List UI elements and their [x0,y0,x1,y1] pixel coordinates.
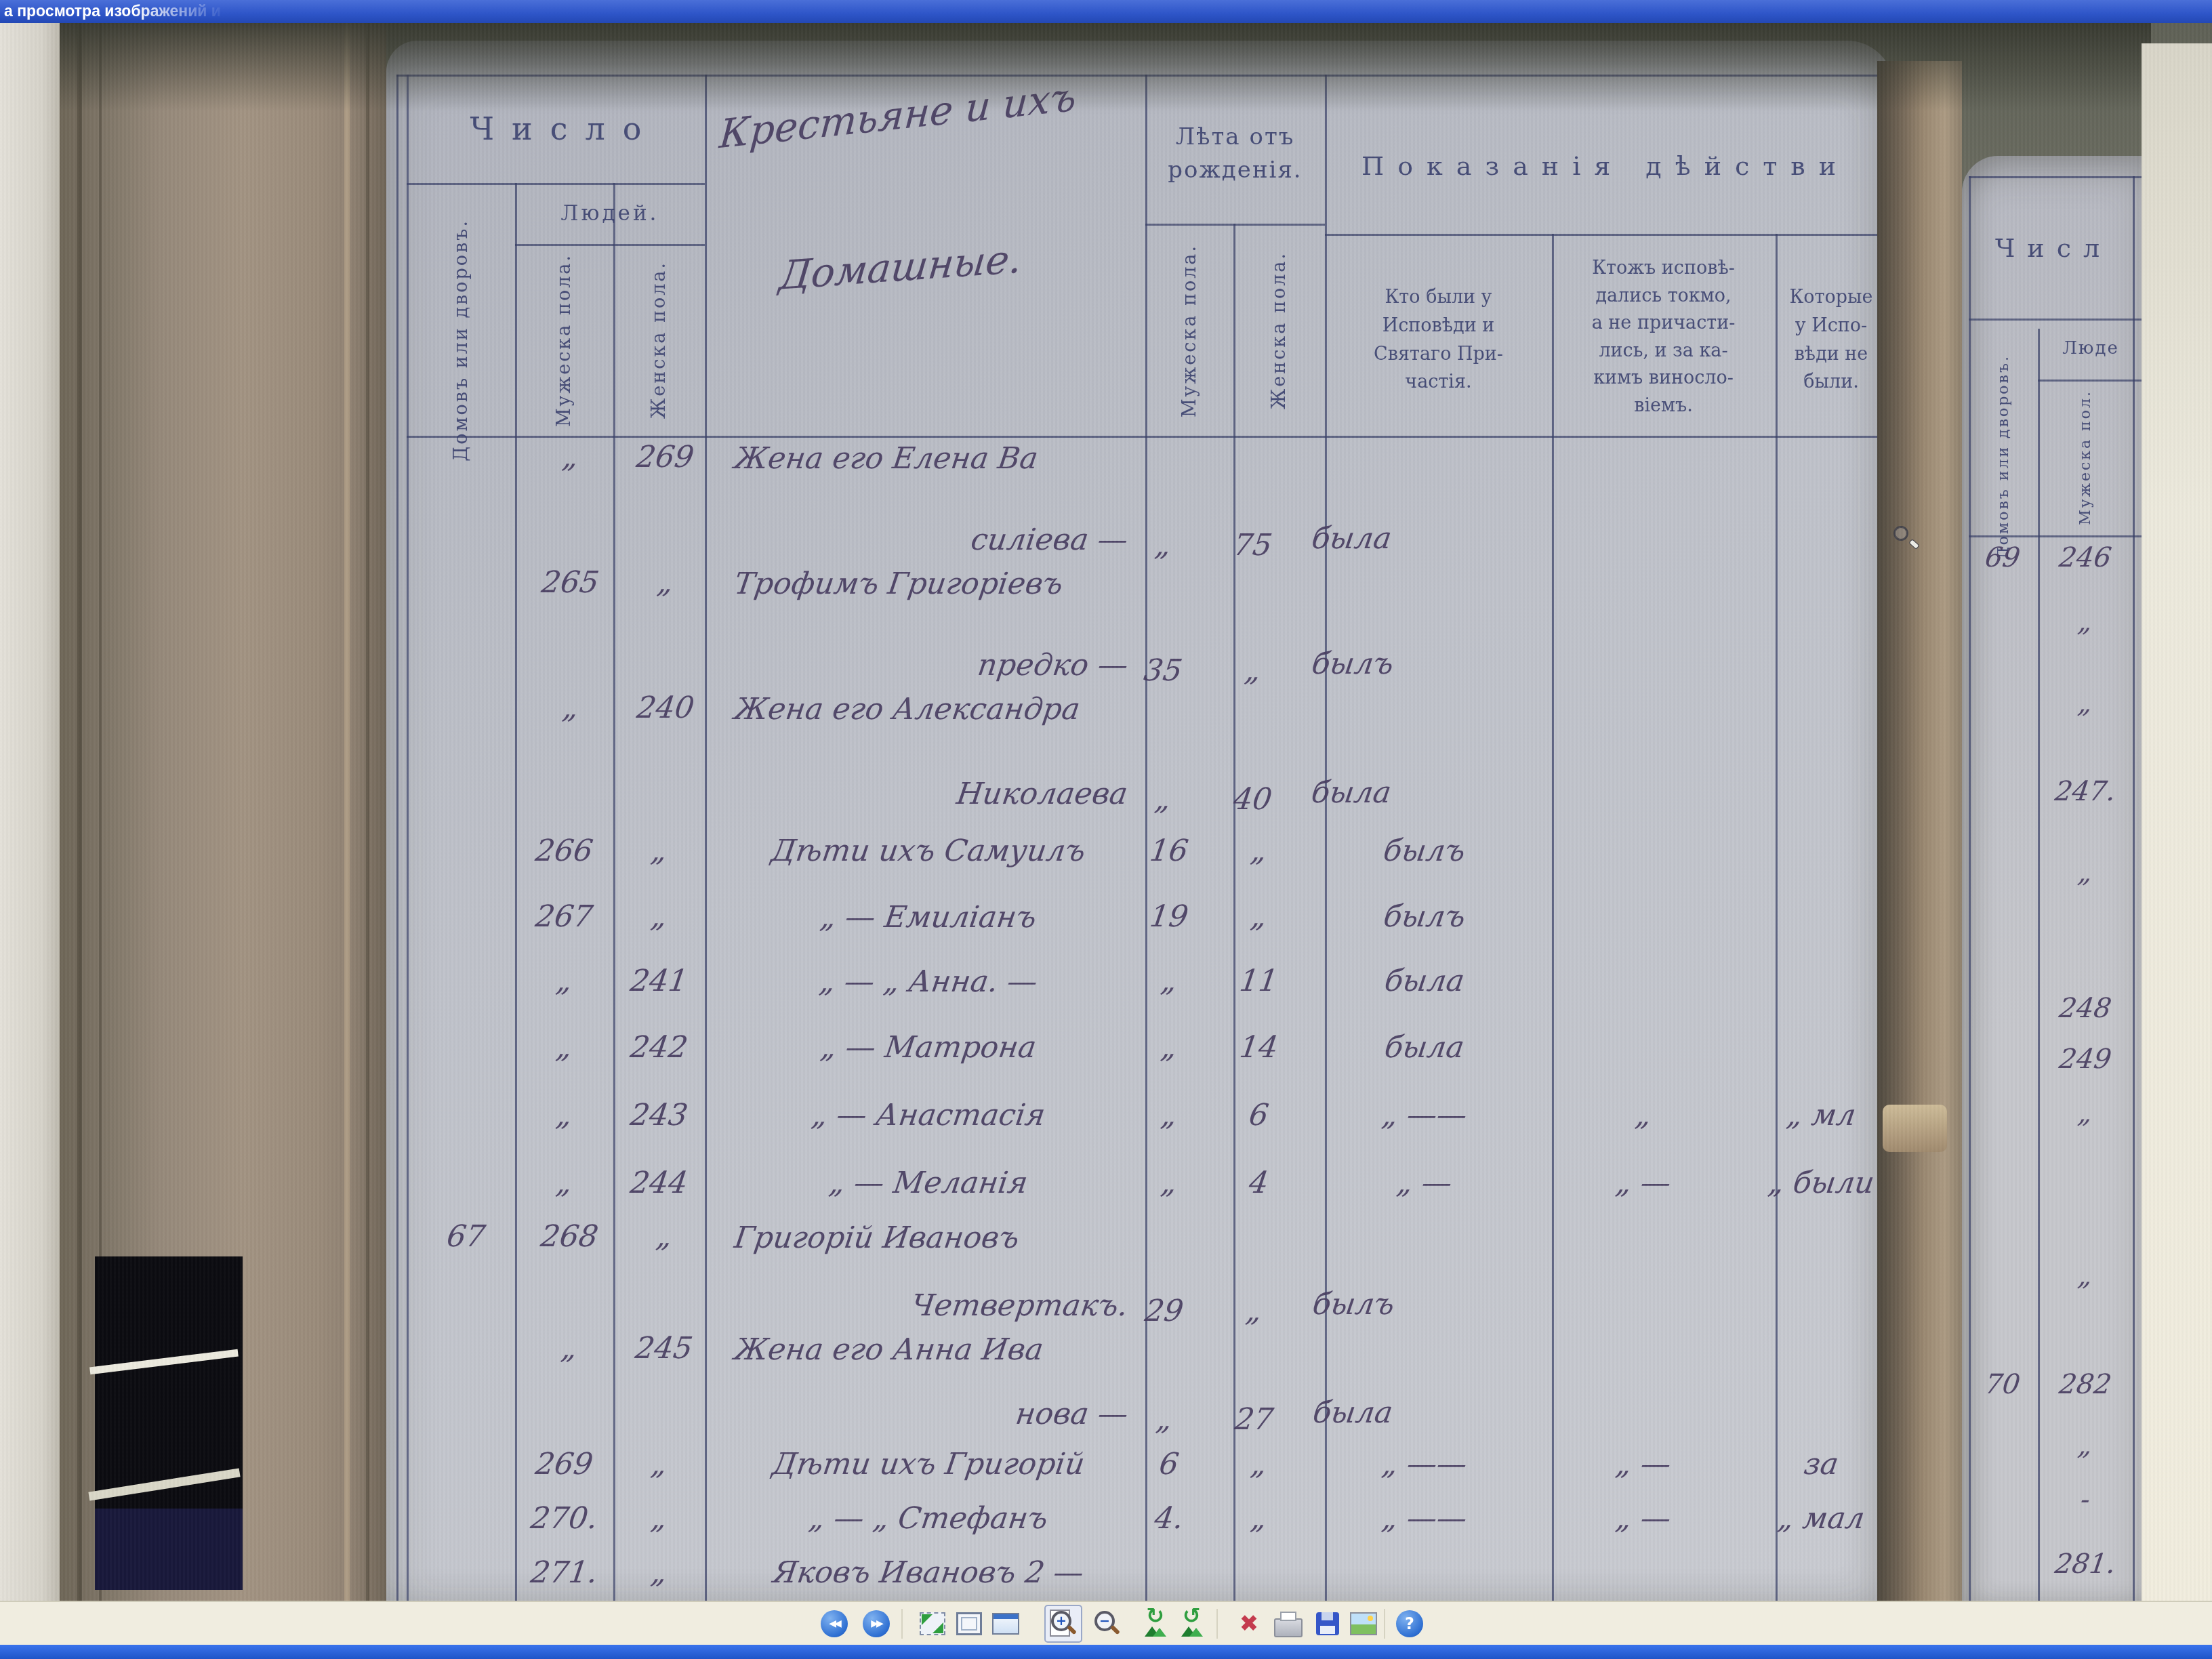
row-confessed-only-note [1527,949,1759,1013]
book-gutter [1877,61,1962,1601]
row-household-number [407,1328,523,1439]
row-confessed-only-note: „ — [1527,1149,1760,1216]
row-confession-status: „ —— [1304,1491,1535,1545]
right-row-male-number: „ [2036,1430,2135,1461]
right-header-number: Числ [1969,188,2138,307]
row-age-female: „ [1208,884,1309,949]
right-row-male-number: 248 [2036,993,2135,1024]
delete-icon: ✖ [1240,1610,1259,1637]
row-female-number: 240 [604,688,714,819]
header-number: Число [407,78,705,180]
row-absent-note: „ были [1750,1149,1887,1216]
toolbar-separator [901,1609,903,1639]
row-male-number: „ [510,1149,618,1216]
row-confession-status: была [1299,688,1541,817]
right-page-row: „ [1962,857,2144,915]
row-name: „ — „ Анна. — [712,949,1145,1013]
edit-button[interactable] [1347,1607,1380,1640]
row-household-number [407,1149,520,1216]
row-confession-status: былъ [1300,1216,1539,1328]
table-row: „ 242 „ — Матрона „ 14 была [407,1013,1887,1081]
slideshow-icon [992,1613,1019,1635]
row-age-male: „ [1120,1081,1218,1149]
header-age-male: Мужеска пола. [1145,226,1233,435]
row-male-number: 268 [507,1216,621,1331]
row-age-female: 14 [1208,1013,1309,1081]
row-male-number: „ [510,949,617,1013]
row-name: „ — Емиліанъ [712,884,1145,949]
table-row: 270. „ „ — „ Стефанъ 4. „ „ —— „ — „ мал [407,1491,1887,1545]
save-button[interactable] [1311,1607,1344,1640]
names-column-title-line2: Домашные. [777,235,1024,299]
row-age-male: 29 [1117,1216,1222,1335]
row-absent-note [1750,884,1887,949]
row-age-male: „ [1120,1013,1218,1081]
row-absent-note [1750,817,1887,884]
row-absent-note [1750,949,1887,1013]
right-page: Числ Люде Домовъ или дворовъ. Мужеска по… [1962,156,2144,1601]
zoom-out-button[interactable]: − [1090,1607,1123,1640]
row-female-number: „ [609,1437,708,1491]
row-name: „ — Меланія [712,1149,1145,1216]
right-page-row: 70 282 [1962,1369,2144,1427]
row-household-number [407,1491,519,1545]
right-header-people: Люде [2038,319,2144,378]
row-confession-status [1304,1545,1535,1599]
header-households: Домовъ или дворовъ. [407,245,515,435]
record-rows: „ 269 Жена его Елена Ва силіева — „ 75 б… [407,437,1887,1601]
bottom-blue-strip [0,1645,2212,1659]
table-row: 269 „ Дѣти ихъ Григорій 6 „ „ —— „ — за [407,1437,1887,1491]
right-page-row: 249 [1962,1044,2144,1101]
row-confession-status: „ —— [1304,1437,1535,1491]
row-age-female: 40 [1204,688,1314,823]
table-row: „ 245 Жена его Анна Ива нова — „ 27 была [407,1328,1887,1437]
header-male: Мужеска пола. [515,245,613,435]
row-male-number: 271. [511,1545,617,1599]
header-confessed-only: Ктожъ исповѣ- дались токмо, а не причаст… [1553,239,1774,436]
clamp-highlight [88,1468,240,1500]
table-row: „ 240 Жена его Александра Николаева „ 40… [407,688,1887,817]
right-row-male-number: 249 [2036,1044,2135,1075]
header-absent: Которые у Испо- вѣди не были. [1777,244,1885,436]
clamp-shadow [95,1509,243,1590]
table-row: 266 „ Дѣти ихъ Самуилъ 16 „ былъ [407,817,1887,884]
row-absent-note [1747,1328,1887,1443]
row-age-male: „ [1120,1149,1218,1216]
right-row-male-number: 282 [2036,1369,2135,1400]
row-age-female: 4 [1208,1149,1309,1216]
row-confession-status: была [1303,1013,1536,1081]
row-age-female: „ [1204,562,1313,695]
right-page-row: - [1962,1484,2144,1542]
row-confession-status: „ — [1303,1149,1536,1216]
row-female-number: „ [609,817,710,884]
right-row-male-number: - [2036,1484,2135,1515]
row-name: „ — Анастасія [712,1081,1145,1149]
header-female: Женска пола. [613,245,705,435]
right-page-row: „ [1962,1098,2144,1155]
row-confession-status: былъ [1299,562,1540,688]
header-people: Людей. [515,184,705,242]
row-female-number: 243 [609,1081,710,1149]
row-confessed-only-note [1528,1545,1759,1599]
actual-size-icon [956,1612,982,1635]
right-page-row: „ [1962,1261,2144,1318]
row-male-number: „ [507,1328,621,1439]
row-confessed-only-note [1522,688,1765,823]
photo-right-edge [2142,43,2212,1601]
table-line [396,75,398,1601]
row-age-female: 6 [1208,1081,1309,1149]
right-header-male: Мужеска пол. [2038,381,2133,533]
row-household-number [407,1081,520,1149]
row-household-number [407,1545,519,1599]
row-female-number: 241 [609,949,709,1013]
table-row: „ 241 „ — „ Анна. — „ 11 была [407,949,1887,1013]
previous-image-icon: ◀◀ [821,1610,848,1637]
row-male-number: 265 [506,562,623,691]
row-absent-note [1746,688,1887,823]
zoom-in-icon: + [1049,1610,1078,1638]
start-slideshow-button[interactable] [989,1607,1022,1640]
delete-button[interactable]: ✖ [1233,1607,1265,1640]
row-absent-note [1750,1013,1887,1081]
table-row: „ 244 „ — Меланія „ 4 „ — „ — „ были [407,1149,1887,1216]
row-name: Жена его Елена Ва силіева — [712,437,1145,562]
right-row-male-number: „ [2036,857,2135,888]
row-age-male: 4. [1121,1491,1216,1545]
row-age-male: 16 [1120,817,1218,884]
row-name: Дѣти ихъ Самуилъ [712,817,1145,884]
table-row: 67 268 „ Григорій Ивановъ Четвертакъ. 29… [407,1216,1887,1328]
row-age-female: 11 [1208,949,1309,1013]
rotate-counterclockwise-button[interactable]: ↺ [1177,1607,1210,1640]
row-confession-status: была [1299,437,1540,562]
row-age-female: „ [1209,1437,1308,1491]
best-fit-button[interactable] [916,1607,949,1640]
cursor-handle [1910,539,1919,548]
row-household-number [407,688,525,819]
row-household-number [407,884,520,949]
print-icon [1274,1618,1303,1637]
edit-icon [1350,1612,1377,1635]
row-name: Григорій Ивановъ Четвертакъ. [712,1216,1145,1328]
photo-area: Число Людей. Домовъ или дворовъ. Мужеска… [0,23,2212,1601]
row-age-female: 27 [1205,1328,1313,1443]
row-household-number [407,437,524,565]
header-testimony-group: Показанія дѣйстви [1325,108,1886,224]
row-female-number: 244 [609,1149,710,1216]
table-line [1969,176,2144,178]
table-line [1145,224,1325,226]
right-row-male-number: „ [2036,607,2135,638]
row-absent-note: „ мал [1751,1491,1887,1545]
row-male-number: 269 [511,1437,617,1491]
row-household-number [407,1437,519,1491]
table-row: 267 „ „ — Емиліанъ 19 „ былъ [407,884,1887,949]
row-absent-note [1751,1545,1887,1599]
zoom-out-icon: − [1092,1610,1121,1638]
right-header-households: Домовъ или дворовъ. [1969,381,2038,533]
row-female-number: 242 [609,1013,710,1081]
spine-streak [344,23,350,1601]
row-age-male: „ [1120,949,1217,1013]
row-female-number: 269 [605,437,714,565]
spine-streak [77,23,82,1601]
row-household-number: 67 [407,1216,523,1331]
row-name: Яковъ Ивановъ 2 — [712,1545,1145,1599]
actual-size-button[interactable] [953,1607,985,1640]
cursor-lens [1895,527,1907,539]
row-confession-status: была [1300,1328,1539,1437]
row-name: Жена его Александра Николаева [712,688,1145,817]
right-row-male-number: „ [2036,1261,2135,1292]
row-name: Трофимъ Григоріевъ предко — [712,562,1145,688]
print-button[interactable] [1272,1607,1305,1640]
zoom-in-button[interactable]: + [1044,1605,1082,1643]
previous-image-button[interactable]: ◀◀ [818,1607,851,1640]
right-row-male-number: 281. [2036,1549,2135,1580]
right-page-row: „ [1962,607,2144,664]
row-confessed-only-note [1522,437,1764,569]
row-absent-note [1746,437,1887,569]
row-male-number: „ [510,1013,618,1081]
next-image-icon: ▶▶ [863,1610,890,1637]
row-male-number: „ [506,437,623,565]
table-row: „ 269 Жена его Елена Ва силіева — „ 75 б… [407,437,1887,562]
row-female-number: „ [605,1216,713,1331]
rotate-counterclockwise-icon: ↺ [1179,1610,1208,1638]
row-male-number: 266 [510,817,618,884]
row-age-female: 75 [1204,437,1313,569]
right-page-row: 248 [1962,993,2144,1050]
row-confessed-only-note [1522,562,1764,695]
next-image-button[interactable]: ▶▶ [860,1607,893,1640]
save-icon [1316,1612,1339,1635]
row-age-female: „ [1209,1491,1308,1545]
row-confessed-only-note: „ — [1528,1437,1759,1491]
photo-left-edge [0,23,60,1601]
right-row-male-number: 247. [2036,776,2135,807]
toolbar-separator [1216,1609,1218,1639]
help-icon: ? [1396,1610,1423,1637]
viewer-toolbar: ◀◀ ▶▶ + − ↻ [0,1601,2212,1645]
row-absent-note [1747,1216,1887,1335]
book-clamp [95,1256,243,1590]
best-fit-icon [920,1612,945,1635]
row-absent-note [1746,562,1887,695]
header-confessed-communed: Кто были у Исповѣди и Святаго При- часті… [1328,244,1549,436]
binding-string [1883,1105,1947,1152]
row-confessed-only-note [1527,1013,1760,1081]
right-page-row: 247. [1962,776,2144,834]
row-age-male: 6 [1121,1437,1216,1491]
spine-streak [366,23,369,1601]
row-female-number: „ [609,1545,708,1599]
row-household-number [407,562,524,691]
window-title: а просмотра изображений и ф [4,2,239,20]
row-name: Дѣти ихъ Григорій [712,1437,1145,1491]
table-row: 271. „ Яковъ Ивановъ 2 — [407,1545,1887,1599]
right-row-male-number: „ [2036,1098,2135,1129]
row-confession-status: былъ [1303,817,1536,884]
right-page-row: „ [1962,1430,2144,1488]
table-row: „ 243 „ — Анастасія „ 6 „ —— „ „ мл [407,1081,1887,1149]
row-absent-note: „ мл [1750,1081,1887,1149]
right-row-male-number: „ [2036,688,2135,719]
row-name: Жена его Анна Ива нова — [712,1328,1145,1437]
row-confession-status: былъ [1303,884,1536,949]
row-age-female: „ [1205,1216,1313,1335]
row-male-number: „ [506,688,622,819]
screen: а просмотра изображений и ф [0,0,2212,1659]
row-female-number: 245 [605,1328,712,1439]
right-row-male-number: 246 [2036,542,2135,573]
header-age-group: Лѣта отъ рожденія. [1145,89,1325,218]
right-page-row: „ [1962,688,2144,745]
rotate-clockwise-icon: ↻ [1142,1610,1172,1638]
clamp-highlight [89,1349,239,1375]
header-age-female: Женска пола. [1233,226,1325,435]
names-column-title-line1: Крестьяне и ихъ [718,65,1159,158]
table-row: 265 „ Трофимъ Григоріевъ предко — 35 „ б… [407,562,1887,688]
window-titlebar: а просмотра изображений и ф [0,0,2212,23]
row-female-number: „ [609,1491,708,1545]
row-confession-status: была [1303,949,1536,1013]
row-female-number: „ [605,562,714,691]
row-age-male: 19 [1120,884,1217,949]
row-name: „ — „ Стефанъ [712,1491,1145,1545]
row-age-male: „ [1117,1328,1221,1443]
row-male-number: „ [510,1081,618,1149]
row-confessed-only-note [1523,1216,1764,1335]
row-female-number: „ [609,884,709,949]
row-household-number [407,949,520,1013]
magnifier-cursor-icon [1895,527,1922,554]
row-male-number: 267 [510,884,617,949]
row-age-female: „ [1208,817,1309,884]
rotate-clockwise-button[interactable]: ↻ [1141,1607,1173,1640]
row-confessed-only-note: „ — [1528,1491,1759,1545]
row-absent-note: за [1751,1437,1887,1491]
right-page-row: 69 246 [1962,542,2144,600]
table-line [1325,234,1887,236]
row-male-number: 270. [511,1491,617,1545]
row-age-female [1209,1545,1308,1599]
row-household-number [407,817,520,884]
toolbar-separator [1384,1609,1385,1639]
row-name: „ — Матрона [712,1013,1145,1081]
row-age-male [1121,1545,1216,1599]
left-page: Число Людей. Домовъ или дворовъ. Мужеска… [386,41,1894,1601]
row-household-number [407,1013,520,1081]
right-row-household-number: 69 [1967,542,2039,573]
right-page-row: 281. [1962,1549,2144,1601]
right-row-household-number: 70 [1967,1369,2039,1400]
row-confessed-only-note: „ [1527,1081,1760,1149]
row-confessed-only-note [1527,817,1760,884]
row-confession-status: „ —— [1303,1081,1536,1149]
row-confessed-only-note [1523,1328,1763,1443]
row-confessed-only-note [1527,884,1759,949]
help-button[interactable]: ? [1393,1607,1426,1640]
